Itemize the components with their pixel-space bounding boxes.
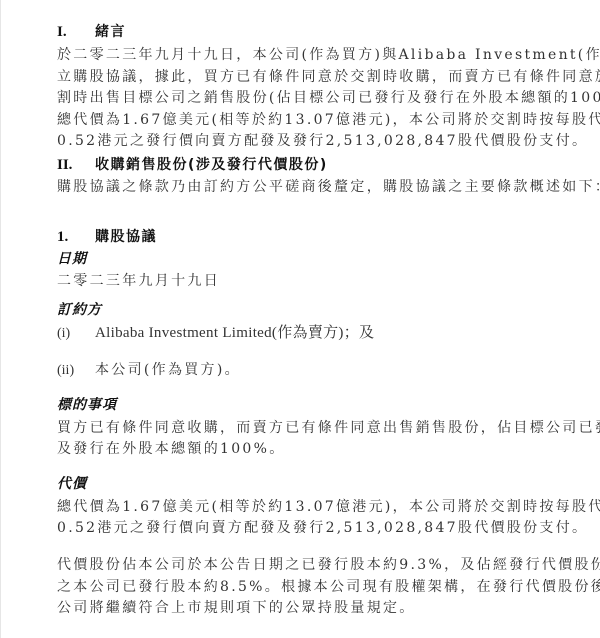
paragraph-line: 割時出售目標公司之銷售股份(佔目標公司已發行及發行在外股本總額的100%)。 [57, 87, 549, 109]
date-heading: 日期 [57, 248, 549, 270]
section-number: II. [57, 154, 95, 176]
list-marker: (ii) [57, 360, 95, 382]
party-item: (ii)本公司(作為買方)。 [57, 359, 549, 381]
section-intro: 購股協議之條款乃由訂約方公平磋商後釐定，購股協議之主要條款概述如下： [57, 176, 549, 198]
paragraph-line: 總代價為1.67億美元(相等於約13.07億港元)，本公司將於交割時按每股代價股… [57, 109, 549, 131]
paragraph-line: 及發行在外股本總額的100%。 [57, 438, 549, 460]
paragraph-line: 於二零二三年九月十九日，本公司(作為買方)與Alibaba Investment… [57, 44, 549, 66]
date-value: 二零二三年九月十九日 [57, 270, 549, 292]
paragraph-line: 買方已有條件同意收購，而賣方已有條件同意出售銷售股份，佔目標公司已發行 [57, 417, 549, 439]
party-text: 本公司(作為買方)。 [95, 362, 241, 378]
section-heading-acquisition: II.收購銷售股份(涉及發行代價股份) [57, 154, 549, 176]
section-number: I. [57, 21, 95, 43]
paragraph-line: 0.52港元之發行價向賣方配發及發行2,513,028,847股代價股份支付。 [57, 517, 549, 539]
paragraph-line: 代價股份佔本公司於本公告日期之已發行股本約9.3%，及佔經發行代價股份擴大 [57, 554, 549, 576]
consideration-heading: 代價 [57, 473, 549, 495]
section-title: 緒言 [95, 24, 126, 40]
subject-matter-heading: 標的事項 [57, 394, 549, 416]
section-heading-introduction: I.緒言 [57, 21, 549, 43]
party-text: Alibaba Investment Limited(作為賣方)；及 [95, 325, 374, 341]
page-edge [0, 0, 1, 638]
subsection-title: 購股協議 [95, 229, 157, 245]
paragraph-line: 公司將繼續符合上市規則項下的公眾持股量規定。 [57, 597, 549, 619]
paragraph-line: 立購股協議，據此，買方已有條件同意於交割時收購，而賣方已有條件同意於交 [57, 66, 549, 88]
parties-heading: 訂約方 [57, 299, 549, 321]
paragraph-line: 之本公司已發行股本約8.5%。根據本公司現有股權架構，在發行代價股份後，本 [57, 576, 549, 598]
paragraph-line: 總代價為1.67億美元(相等於約13.07億港元)，本公司將於交割時按每股代價股… [57, 496, 549, 518]
subsection-heading-spa: 1.購股協議 [57, 226, 549, 248]
list-marker: (i) [57, 323, 95, 345]
section-title: 收購銷售股份(涉及發行代價股份) [95, 157, 328, 173]
party-item: (i)Alibaba Investment Limited(作為賣方)；及 [57, 322, 549, 344]
paragraph-line: 0.52港元之發行價向賣方配發及發行2,513,028,847股代價股份支付。 [57, 130, 549, 152]
subsection-number: 1. [57, 226, 95, 248]
